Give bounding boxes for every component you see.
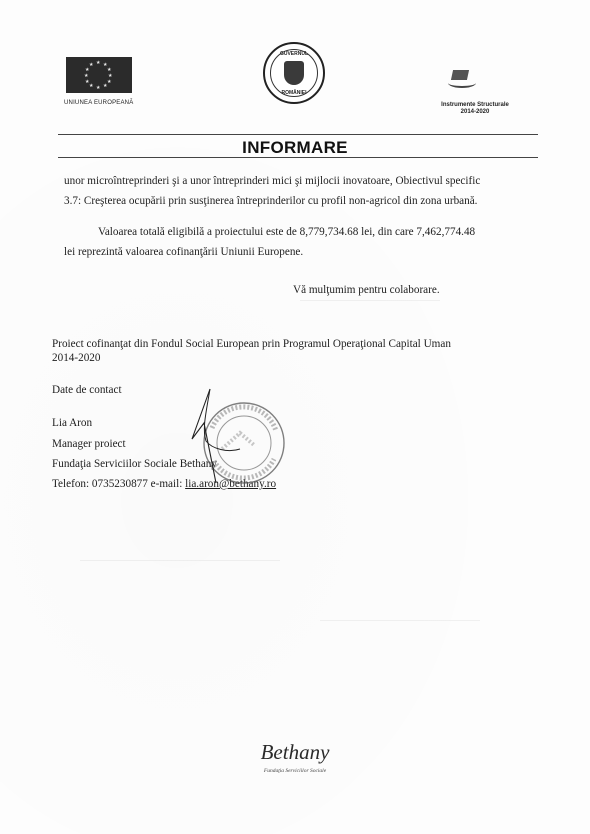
cofinanced-line-1: Proiect cofinanţat din Fondul Social Eur…	[52, 337, 451, 351]
contact-phone: Telefon: 0735230877 e-mail:	[52, 478, 185, 490]
structural-instruments-logo	[448, 68, 478, 86]
bethany-tagline: Fundaţia Serviciilor Sociale	[0, 768, 590, 774]
title-rule-top	[58, 134, 538, 135]
body-line-1: unor microîntreprinderi şi a unor întrep…	[64, 174, 480, 188]
cofinanced-line-2: 2014-2020	[52, 351, 100, 365]
eu-flag-logo: ★ ★ ★ ★ ★ ★ ★ ★ ★ ★ ★ ★	[66, 57, 132, 93]
scan-noise	[300, 300, 440, 301]
is-label-line2: 2014-2020	[420, 109, 530, 116]
coat-of-arms-icon	[284, 61, 304, 85]
gov-logo-text-bottom: ROMÂNIEI	[275, 90, 313, 96]
body-line-2: 3.7: Creşterea ocupării prin susţinerea …	[64, 194, 477, 208]
page-title: INFORMARE	[0, 138, 590, 158]
romanian-government-logo: GUVERNUL ROMÂNIEI	[263, 42, 325, 104]
gov-logo-text-top: GUVERNUL	[275, 51, 313, 57]
contact-role: Manager proiect	[52, 437, 126, 451]
is-label-line1: Instrumente Structurale	[420, 102, 530, 109]
document-page: ★ ★ ★ ★ ★ ★ ★ ★ ★ ★ ★ ★ UNIUNEA EUROPEAN…	[0, 0, 590, 834]
contact-heading: Date de contact	[52, 383, 122, 397]
contact-name: Lia Aron	[52, 416, 92, 430]
eu-label: UNIUNEA EUROPEANĂ	[64, 100, 133, 106]
body-line-4: lei reprezintă valoarea cofinanţării Uni…	[64, 245, 303, 259]
structural-instruments-label: Instrumente Structurale 2014-2020	[420, 102, 530, 116]
scan-noise	[320, 620, 480, 621]
body-line-3: Valoarea totală eligibilă a proiectului …	[98, 225, 475, 239]
organization-stamp	[182, 383, 290, 491]
scan-noise	[80, 560, 280, 561]
title-rule-bottom	[58, 157, 538, 158]
bethany-brand-logo: Bethany	[0, 740, 590, 765]
thanks-text: Vă mulţumim pentru colaborare.	[293, 283, 440, 297]
